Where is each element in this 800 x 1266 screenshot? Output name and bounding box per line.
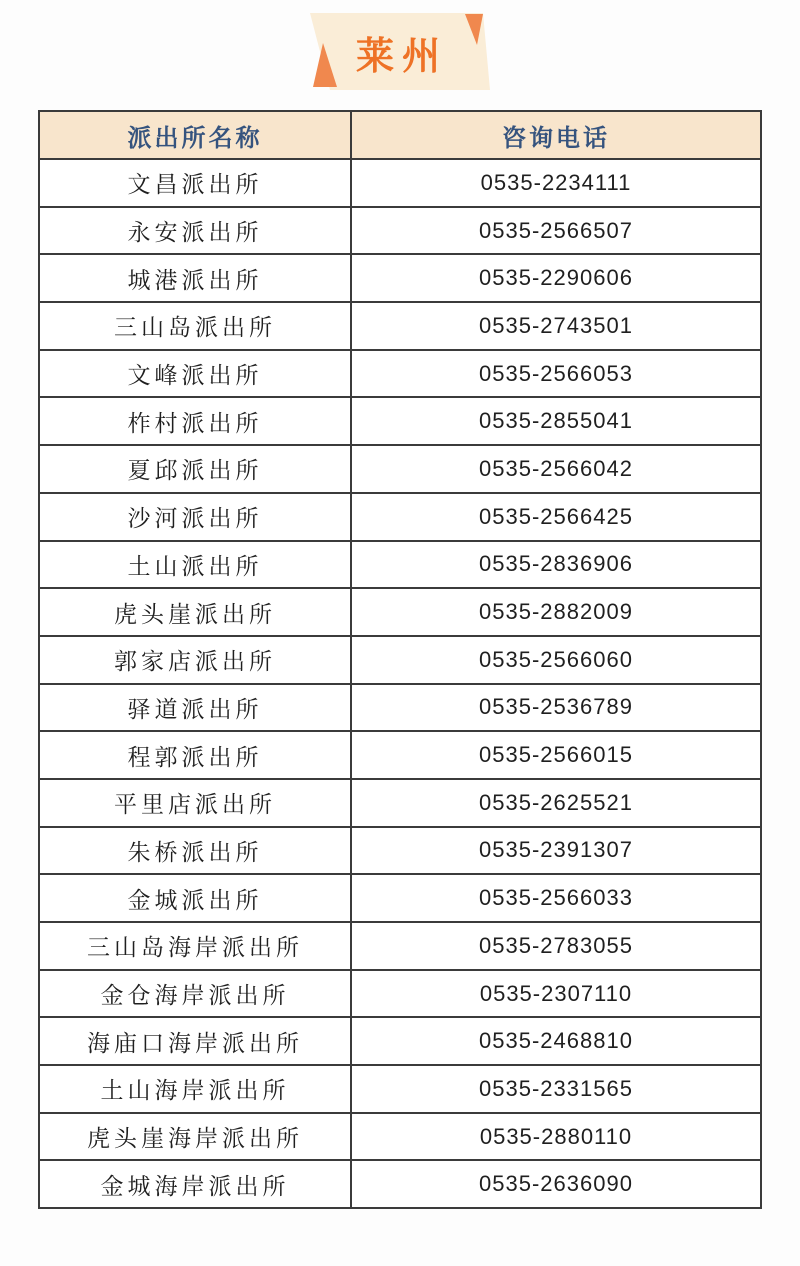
station-name-cell: 城港派出所 [39,254,351,302]
col-header-phone: 咨询电话 [351,111,761,159]
phone-cell: 0535-2855041 [351,397,761,445]
station-name-cell: 土山派出所 [39,541,351,589]
phone-cell: 0535-2331565 [351,1065,761,1113]
station-name-cell: 金城派出所 [39,874,351,922]
phone-cell: 0535-2468810 [351,1017,761,1065]
region-banner: 莱州 [305,8,495,93]
table-row: 驿道派出所0535-2536789 [39,684,761,732]
table-row: 虎头崖派出所0535-2882009 [39,588,761,636]
station-name-cell: 夏邱派出所 [39,445,351,493]
phone-cell: 0535-2566015 [351,731,761,779]
station-name-cell: 三山岛海岸派出所 [39,922,351,970]
station-name-cell: 三山岛派出所 [39,302,351,350]
phone-cell: 0535-2636090 [351,1160,761,1208]
table-row: 土山海岸派出所0535-2331565 [39,1065,761,1113]
phone-cell: 0535-2307110 [351,970,761,1018]
table-header: 派出所名称 咨询电话 [39,111,761,159]
table-row: 三山岛派出所0535-2743501 [39,302,761,350]
table-row: 平里店派出所0535-2625521 [39,779,761,827]
col-header-station-name: 派出所名称 [39,111,351,159]
page: { "banner": { "title": "莱州" }, "table": … [0,0,800,1266]
phone-cell: 0535-2836906 [351,541,761,589]
phone-cell: 0535-2566425 [351,493,761,541]
phone-cell: 0535-2743501 [351,302,761,350]
station-name-cell: 平里店派出所 [39,779,351,827]
table-row: 土山派出所0535-2836906 [39,541,761,589]
table-row: 夏邱派出所0535-2566042 [39,445,761,493]
phone-cell: 0535-2783055 [351,922,761,970]
region-title: 莱州 [305,15,491,90]
table-row: 文峰派出所0535-2566053 [39,350,761,398]
table-row: 金城海岸派出所0535-2636090 [39,1160,761,1208]
phone-cell: 0535-2536789 [351,684,761,732]
table-row: 文昌派出所0535-2234111 [39,159,761,207]
table-row: 金仓海岸派出所0535-2307110 [39,970,761,1018]
phone-cell: 0535-2566053 [351,350,761,398]
phone-cell: 0535-2625521 [351,779,761,827]
station-name-cell: 金仓海岸派出所 [39,970,351,1018]
station-name-cell: 金城海岸派出所 [39,1160,351,1208]
police-station-phone-table: 派出所名称 咨询电话 文昌派出所0535-2234111永安派出所0535-25… [38,110,762,1209]
header-row: 派出所名称 咨询电话 [39,111,761,159]
phone-cell: 0535-2882009 [351,588,761,636]
table-row: 永安派出所0535-2566507 [39,207,761,255]
table-row: 金城派出所0535-2566033 [39,874,761,922]
phone-cell: 0535-2880110 [351,1113,761,1161]
table-row: 海庙口海岸派出所0535-2468810 [39,1017,761,1065]
table-row: 柞村派出所0535-2855041 [39,397,761,445]
station-name-cell: 虎头崖派出所 [39,588,351,636]
station-name-cell: 海庙口海岸派出所 [39,1017,351,1065]
table-row: 城港派出所0535-2290606 [39,254,761,302]
phone-cell: 0535-2234111 [351,159,761,207]
station-name-cell: 柞村派出所 [39,397,351,445]
station-name-cell: 沙河派出所 [39,493,351,541]
station-name-cell: 文峰派出所 [39,350,351,398]
station-name-cell: 永安派出所 [39,207,351,255]
phone-cell: 0535-2566042 [351,445,761,493]
table-row: 三山岛海岸派出所0535-2783055 [39,922,761,970]
station-name-cell: 文昌派出所 [39,159,351,207]
phone-cell: 0535-2566033 [351,874,761,922]
table-row: 虎头崖海岸派出所0535-2880110 [39,1113,761,1161]
station-name-cell: 郭家店派出所 [39,636,351,684]
station-name-cell: 朱桥派出所 [39,827,351,875]
table-row: 朱桥派出所0535-2391307 [39,827,761,875]
phone-cell: 0535-2391307 [351,827,761,875]
station-name-cell: 土山海岸派出所 [39,1065,351,1113]
table-row: 郭家店派出所0535-2566060 [39,636,761,684]
phone-cell: 0535-2566060 [351,636,761,684]
phone-cell: 0535-2566507 [351,207,761,255]
table-row: 程郭派出所0535-2566015 [39,731,761,779]
phone-cell: 0535-2290606 [351,254,761,302]
station-name-cell: 驿道派出所 [39,684,351,732]
table-body: 文昌派出所0535-2234111永安派出所0535-2566507城港派出所0… [39,159,761,1208]
station-name-cell: 虎头崖海岸派出所 [39,1113,351,1161]
table-row: 沙河派出所0535-2566425 [39,493,761,541]
station-name-cell: 程郭派出所 [39,731,351,779]
